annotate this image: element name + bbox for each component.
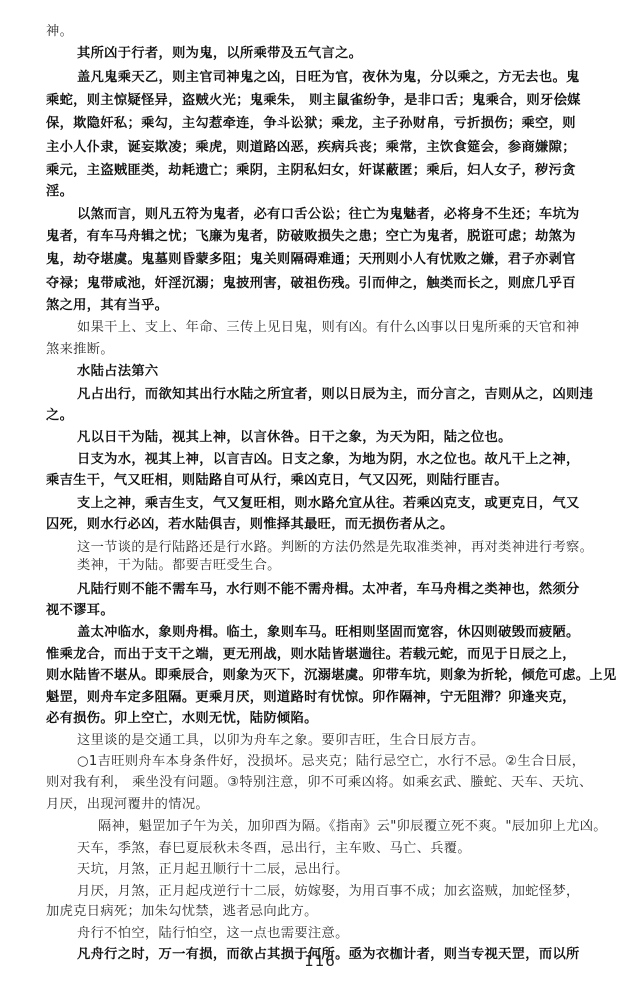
annotation-line: 隔神，魁罡加子午为关，加卯酉为隔。《指南》云"卯辰覆立死不爽。"辰加卯上尤凶。 [98, 817, 607, 837]
annotation-line: 月厌，月煞，正月起戌逆行十二辰，妨嫁娶，为用百事不成；加玄盗贼，加蛇怪梦， [77, 882, 580, 902]
annotation-line: 则对我有利， 乘坐没有问题。③特别注意，卯不可乘凶将。如乘玄武、螣蛇、天车、天坑… [46, 773, 593, 793]
text-line: 神。 [46, 22, 73, 42]
text-line: 以煞而言，则凡五符为鬼者，必有口舌公讼；往亡为鬼魅者，必将身不生还；车坑为 [77, 205, 580, 225]
text-line: 鬼者，有车马舟辑之忧；飞廉为鬼者，防破败损失之患；空亡为鬼者，脱诳可虑；劫煞为 [46, 227, 576, 247]
text-line: 乘蛇，则主惊疑怪异，盗贼火光；鬼乘朱， 则主鼠雀纷争，是非口舌；鬼乘合，则牙侩媒 [46, 91, 581, 111]
text-line: 其所凶于行者，则为鬼，以所乘带及五气言之。 [77, 44, 362, 64]
text-line: 夺禄；鬼带咸池，奸淫沉溺；鬼披刑害，破祖伤残。引而伸之，触类而长之，则庶几乎百 [46, 274, 576, 294]
annotation-line: 加虎克日病死；加朱勾忧禁，逃者忌向此方。 [46, 902, 318, 922]
annotation-line: 类神，干为陆。都要吉旺受生合。 [77, 556, 281, 576]
text-line: 囚死，则水行必凶，若水陆俱吉，则惟择其最旺，而无损伤者从之。 [46, 515, 454, 535]
annotation-line: 这一节谈的是行陆路还是行水路。判断的方法仍然是先取准类神，再对类神进行考察。 [77, 538, 593, 558]
annotation-line: 月厌，出现河覆井的情况。 [46, 795, 209, 815]
annotation-line: 天车，季煞，春巳夏辰秋未冬酉，忌出行，主车败、马亡、兵覆。 [77, 839, 471, 859]
text-line: 日支为水，视其上神，以言吉凶。日支之象，为地为阴，水之位也。故凡干上之神， [77, 450, 580, 470]
text-line: 必有损伤。卯上空亡，水则无忧，陆防倾陷。 [46, 709, 318, 729]
text-line: 盖凡鬼乘天乙，则主官司神鬼之凶，日旺为官，夜休为鬼，分以乘之，方无去也。鬼 [77, 68, 580, 88]
text-line: 凡以日干为陆，视其上神，以言休咎。日干之象，为天为阳，陆之位也。 [77, 428, 512, 448]
text-line: 鬼，劫夺堪虞。鬼墓则昏蒙多阻；鬼关则隔碍难通；天刑则小人有忧败之嫌，君子亦剥官 [46, 250, 576, 270]
text-line: 惟乘龙合，而出于支干之端，更无刑战，则水陆皆堪遄往。若载元蛇，而见于日辰之上， [46, 645, 576, 665]
text-line: 魁罡，则舟车定多阻隔。更乘月厌，则道路时有忧惊。卯作隔神，宁无阻滞？卯逢夹克， [46, 688, 576, 708]
annotation-line: ○1吉旺则舟车本身条件好，没损坏。忌夹克；陆行忌空亡，水行不忌。②生合日辰， [77, 752, 585, 772]
annotation-line: 舟行不怕空，陆行怕空，这一点也需要注意。 [77, 924, 349, 944]
document-page: 神。 其所凶于行者，则为鬼，以所乘带及五气言之。 盖凡鬼乘天乙，则主官司神鬼之凶… [0, 0, 640, 995]
text-line: 煞来推断。 [46, 340, 114, 360]
annotation-line: 这里谈的是交通工具，以卯为舟车之象。要卯吉旺，生合日辰方吉。 [77, 731, 485, 751]
text-line: 主小人仆隶，诞妄欺凌；乘虎，则道路凶恶，疾病兵丧；乘常，主饮食筵会，参商嫌隙； [46, 138, 576, 158]
text-line: 乘吉生干，气又旺相，则陆路自可从行，乘凶克日，气又囚死，则陆行匪吉。 [46, 471, 508, 491]
section-heading: 水陆占法第六 [77, 362, 159, 382]
text-line: 支上之神，乘吉生支，气又复旺相，则水路允宜从往。若乘凶克支，或更克日，气又 [77, 494, 580, 514]
text-line: 凡占出行，而欲知其出行水陆之所宜者，则以日辰为主，而分言之，吉则从之，凶则违 [77, 385, 593, 405]
text-line: 盖太冲临水，象则舟楫。临土，象则车马。旺相则坚固而宽容，休囚则破毁而疲陋。 [77, 623, 580, 643]
text-line: 乘元，主盗贼匪类，劫耗遗亡；乘阴，主阴私妇女，奸谋蔽匿；乘后，妇人女子，秽污贪 [46, 161, 576, 181]
text-line: 保，欺隐奸私；乘勾，主勾惹牵连，争斗讼狱；乘龙，主子孙财帛，亏折损伤；乘空，则 [46, 114, 576, 134]
text-line: 凡陆行则不能不需车马，水行则不能不需舟楫。太冲者，车马舟楫之类神也，然须分 [77, 580, 580, 600]
text-line: 如果干上、支上、年命、三传上见日鬼，则有凶。有什么凶事以日鬼所乘的天官和神 [77, 318, 580, 338]
text-line: 煞之用，其有当乎。 [46, 296, 168, 316]
annotation-line: 天坑，月煞，正月起丑顺行十二辰，忌出行。 [77, 860, 349, 880]
text-line: 淫。 [46, 182, 73, 202]
text-line: 之。 [46, 406, 73, 426]
page-number: 116 [0, 952, 640, 970]
text-line: 视不谬耳。 [46, 601, 114, 621]
text-line: 则水陆皆不堪从。即乘辰合，则象为灭下，沉溺堪虞。卯带车坑，则象为折轮，倾危可虑。… [46, 666, 617, 686]
